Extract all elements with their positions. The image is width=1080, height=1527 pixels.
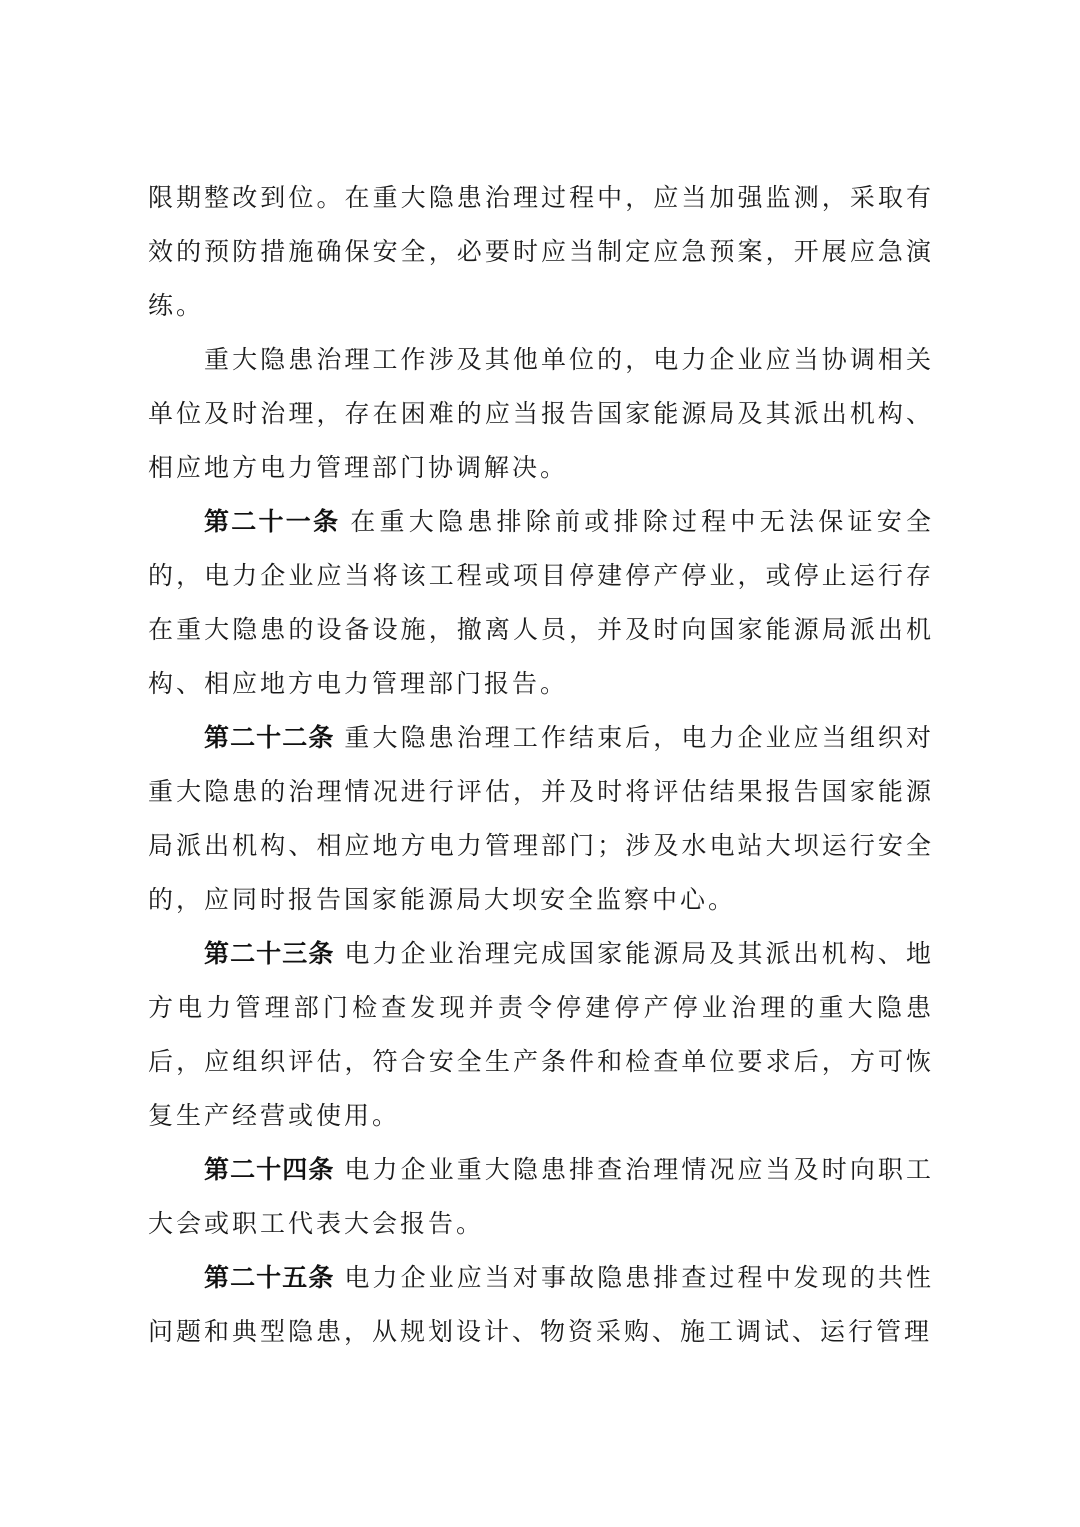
paragraph-continuation: 限期整改到位。在重大隐患治理过程中，应当加强监测，采取有效的预防措施确保安全，必… (148, 171, 934, 333)
article-number: 第二十四条 (204, 1155, 334, 1184)
article-22: 第二十二条重大隐患治理工作结束后，电力企业应当组织对重大隐患的治理情况进行评估，… (148, 711, 934, 927)
article-number: 第二十二条 (204, 723, 334, 752)
paragraph-coordination: 重大隐患治理工作涉及其他单位的，电力企业应当协调相关单位及时治理，存在困难的应当… (148, 333, 934, 495)
article-25: 第二十五条电力企业应当对事故隐患排查过程中发现的共性问题和典型隐患，从规划设计、… (148, 1251, 934, 1359)
article-number: 第二十一条 (204, 507, 340, 536)
article-number: 第二十三条 (204, 939, 334, 968)
article-23: 第二十三条电力企业治理完成国家能源局及其派出机构、地方电力管理部门检查发现并责令… (148, 927, 934, 1143)
article-number: 第二十五条 (204, 1263, 334, 1292)
paragraph-text: 限期整改到位。在重大隐患治理过程中，应当加强监测，采取有效的预防措施确保安全，必… (148, 183, 934, 320)
paragraph-text: 重大隐患治理工作涉及其他单位的，电力企业应当协调相关单位及时治理，存在困难的应当… (148, 345, 934, 482)
article-24: 第二十四条电力企业重大隐患排查治理情况应当及时向职工大会或职工代表大会报告。 (148, 1143, 934, 1251)
article-21: 第二十一条在重大隐患排除前或排除过程中无法保证安全的，电力企业应当将该工程或项目… (148, 495, 934, 711)
document-page: 限期整改到位。在重大隐患治理过程中，应当加强监测，采取有效的预防措施确保安全，必… (148, 171, 934, 1359)
